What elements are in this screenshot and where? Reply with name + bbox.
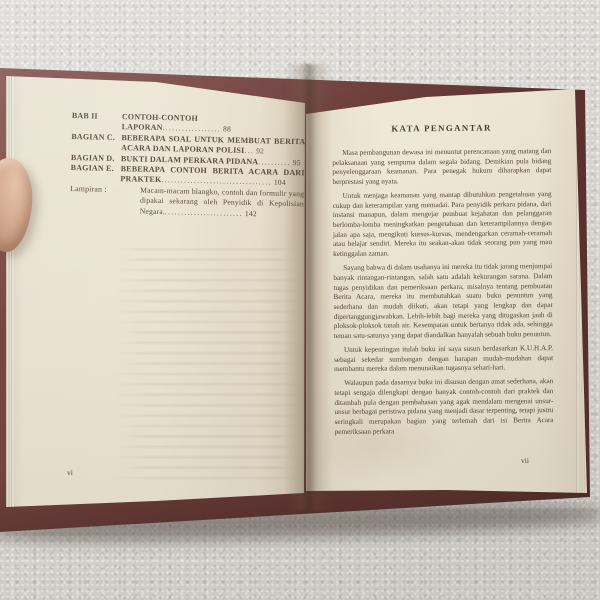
toc-row-lampiran: Lampiran : Macam-macam blangko, contoh d… xyxy=(70,184,305,221)
left-folio: vi xyxy=(67,468,73,477)
toc-label: BAGIAN E. xyxy=(70,163,120,185)
toc-page-number: 142 xyxy=(243,209,257,218)
dot-leader xyxy=(165,208,243,218)
dot-leader xyxy=(244,147,254,155)
table-of-contents: BAB II CONTOH-CONTOH LAPORAN88 BAGIAN C.… xyxy=(70,111,306,220)
preface-text-block: KATA PENGANTAR Masa pembangunan dewasa i… xyxy=(332,122,554,442)
paragraph: Walaupun pada dasarnya buku ini disusun … xyxy=(334,378,553,438)
toc-page-number: 104 xyxy=(272,178,286,187)
right-page: KATA PENGANTAR Masa pembangunan dewasa i… xyxy=(306,84,590,498)
toc-text: Macam-macam blangko, contoh dan formulir… xyxy=(120,185,305,220)
paragraph: Untuk kepentingan itulah buku ini saya s… xyxy=(334,344,553,375)
photo-scene: BAB II CONTOH-CONTOH LAPORAN88 BAGIAN C.… xyxy=(0,0,600,600)
dot-leader xyxy=(258,158,291,167)
paragraph: Untuk menjaga keamanan yang mantap dibut… xyxy=(333,190,553,260)
toc-page-number: 92 xyxy=(254,146,264,155)
page-heading: KATA PENGANTAR xyxy=(332,122,551,134)
paragraph: Masa pembangunan dewasa ini menuntut per… xyxy=(332,147,551,188)
toc-label: BAGIAN C. xyxy=(71,132,121,154)
ink-bleedthrough xyxy=(114,248,298,480)
left-page: BAB II CONTOH-CONTOH LAPORAN88 BAGIAN C.… xyxy=(6,70,306,510)
toc-page-number: 95 xyxy=(291,158,301,167)
toc-page-number: 88 xyxy=(221,125,231,134)
toc-label: BAB II xyxy=(72,111,122,133)
paragraph: Sayang bahwa di dalam usahanya ini merek… xyxy=(333,262,553,341)
dot-leader xyxy=(163,124,222,133)
right-folio: vii xyxy=(521,456,529,465)
toc-label: Lampiran : xyxy=(70,184,121,216)
